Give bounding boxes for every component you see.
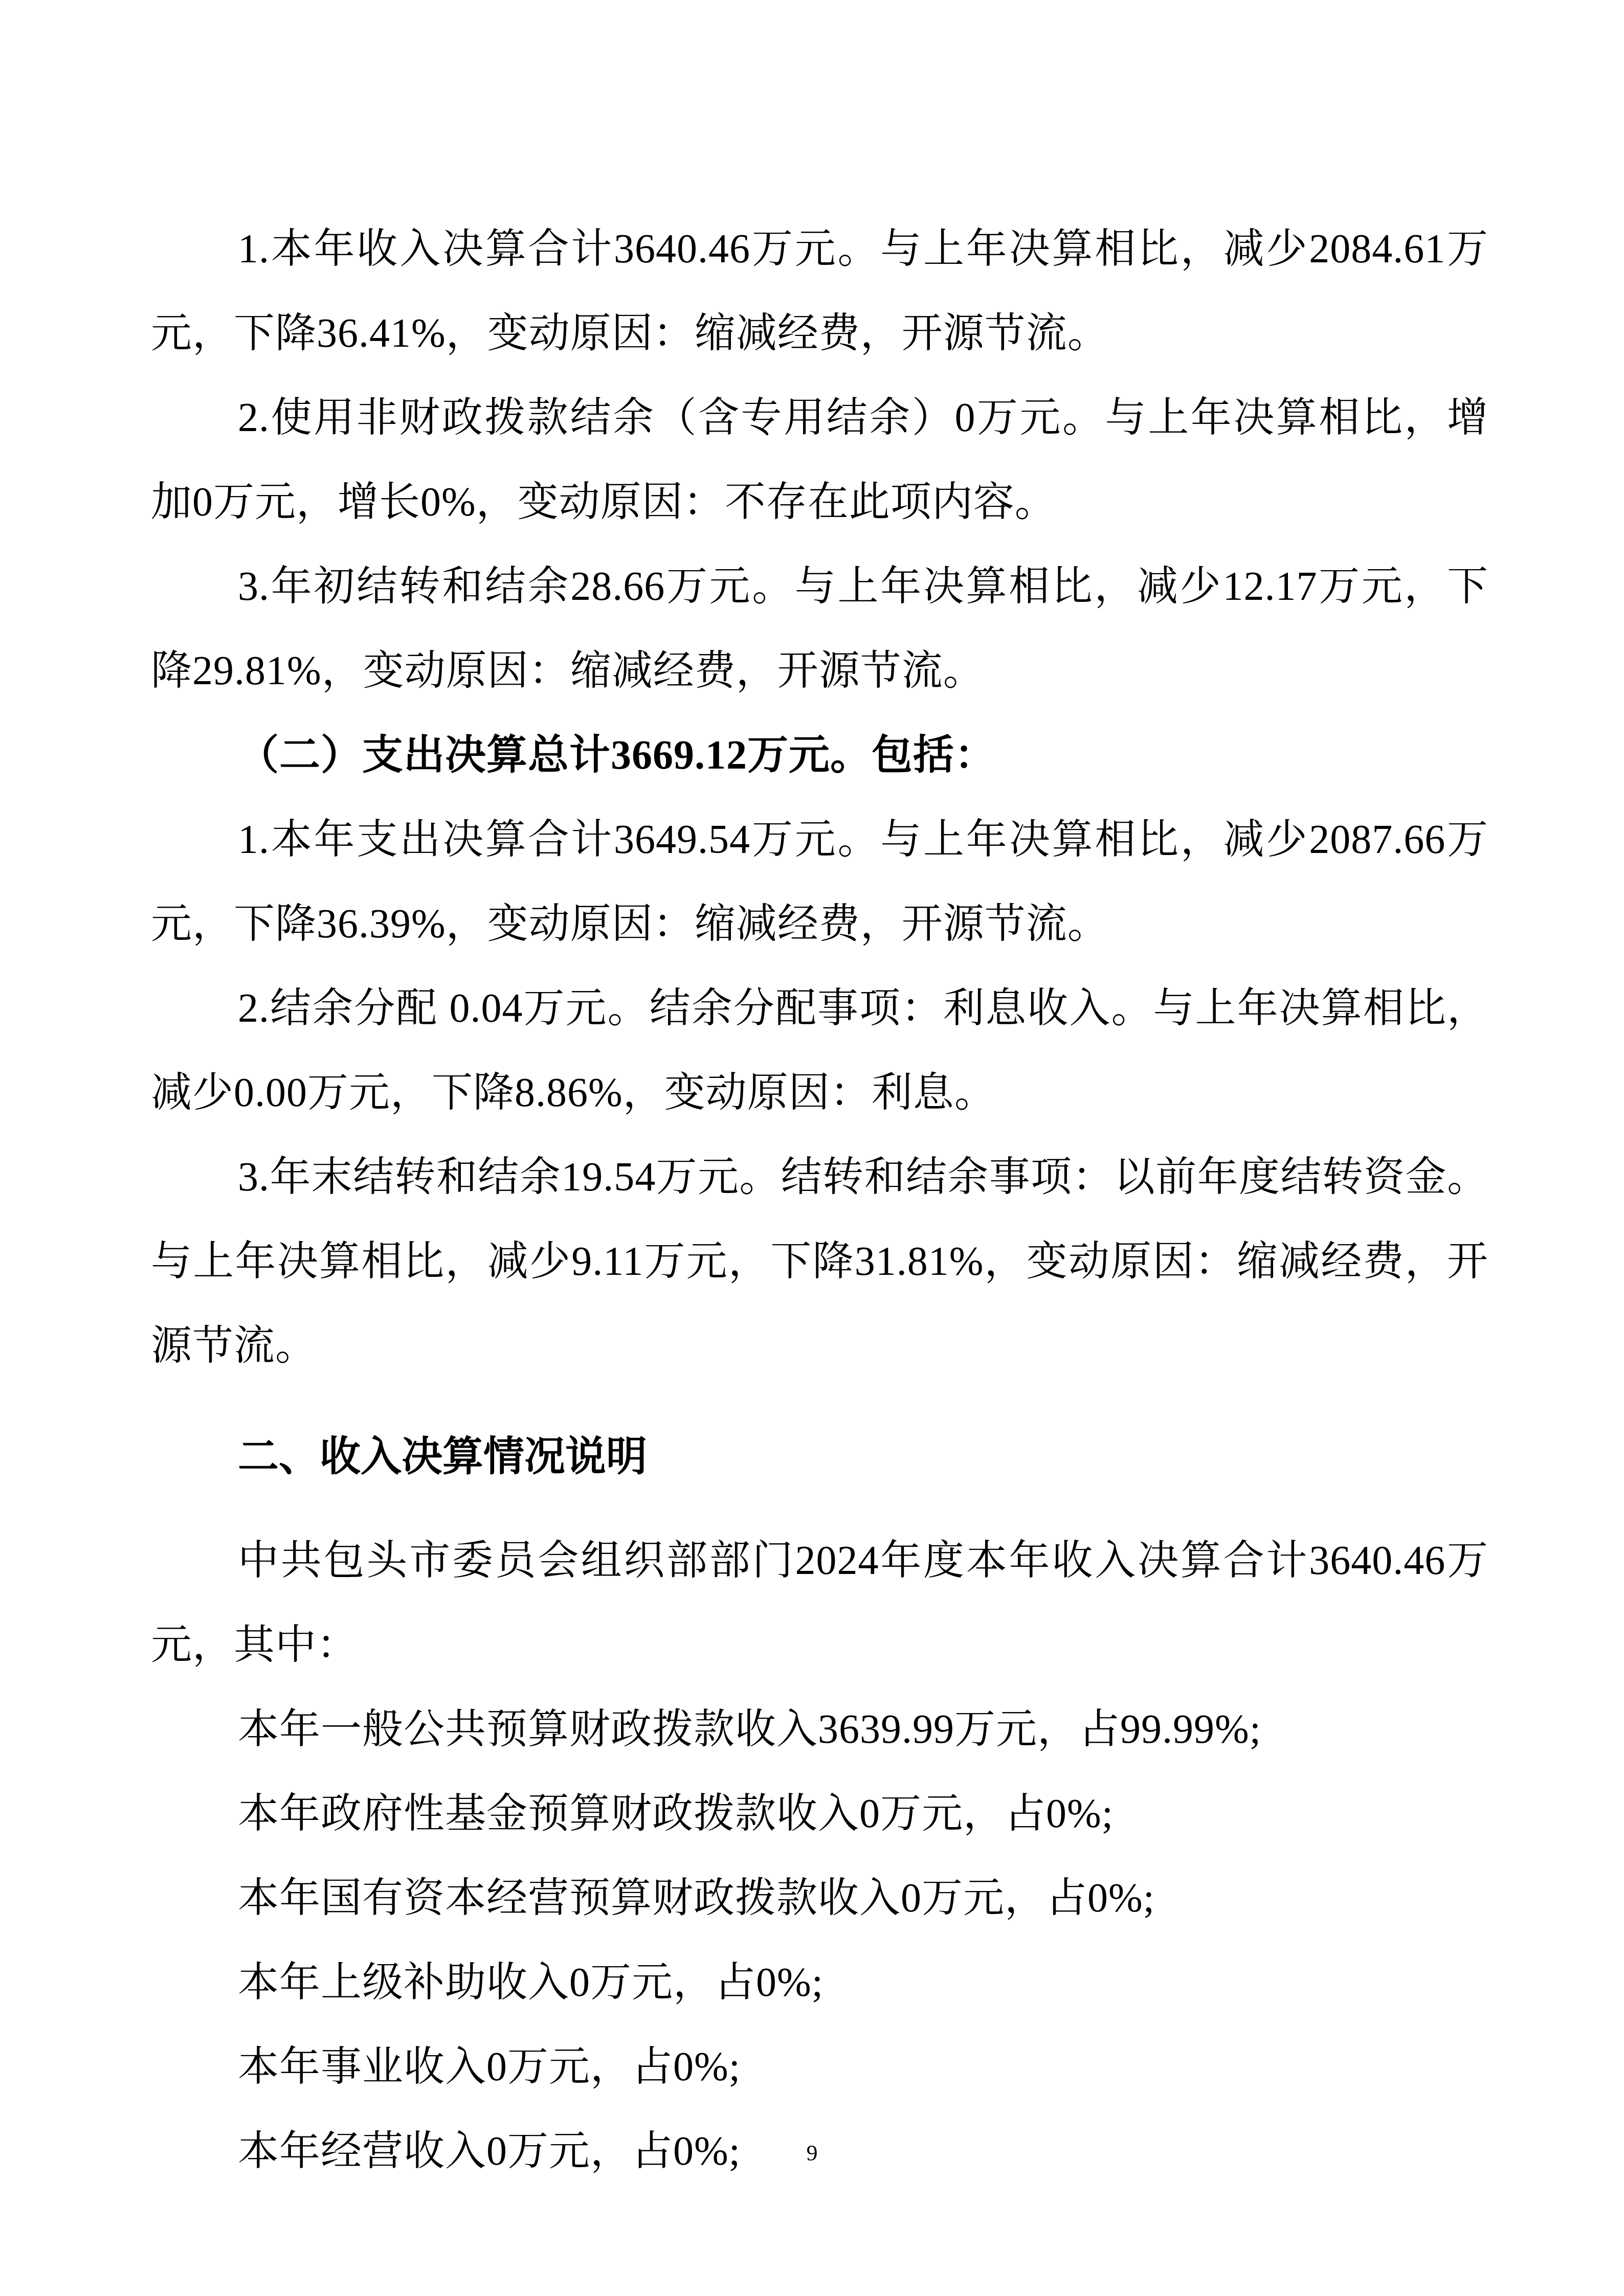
surplus-distribution-paragraph: 2.结余分配 0.04万元。结余分配事项：利息收入。与上年决算相比，减少0.00…: [151, 966, 1488, 1135]
income-item-state-capital: 本年国有资本经营预算财政拨款收入0万元，占0%;: [151, 1856, 1488, 1941]
income-intro-paragraph: 中共包头市委员会组织部部门2024年度本年收入决算合计3640.46万元，其中：: [151, 1519, 1488, 1687]
income-item-business: 本年事业收入0万元，占0%;: [151, 2025, 1488, 2109]
expenditure-subheading: （二）支出决算总计3669.12万元。包括：: [151, 713, 1488, 798]
expenditure-total-paragraph: 1.本年支出决算合计3649.54万元。与上年决算相比，减少2087.66万元，…: [151, 798, 1488, 966]
section-heading-income: 二、收入决算情况说明: [151, 1414, 1488, 1498]
income-item-general-budget: 本年一般公共预算财政拨款收入3639.99万元，占99.99%;: [151, 1687, 1488, 1772]
document-page: 1.本年收入决算合计3640.46万元。与上年决算相比，减少2084.61万元，…: [151, 207, 1488, 2194]
page-number: 9: [0, 2140, 1624, 2166]
beginning-balance-paragraph: 3.年初结转和结余28.66万元。与上年决算相比，减少12.17万元，下降29.…: [151, 545, 1488, 713]
non-fiscal-surplus-paragraph: 2.使用非财政拨款结余（含专用结余）0万元。与上年决算相比，增加0万元，增长0%…: [151, 376, 1488, 545]
income-item-government-fund: 本年政府性基金预算财政拨款收入0万元，占0%;: [151, 1772, 1488, 1856]
ending-balance-paragraph: 3.年末结转和结余19.54万元。结转和结余事项：以前年度结转资金。与上年决算相…: [151, 1135, 1488, 1388]
income-item-superior-subsidy: 本年上级补助收入0万元，占0%;: [151, 1941, 1488, 2025]
income-total-paragraph: 1.本年收入决算合计3640.46万元。与上年决算相比，减少2084.61万元，…: [151, 207, 1488, 376]
